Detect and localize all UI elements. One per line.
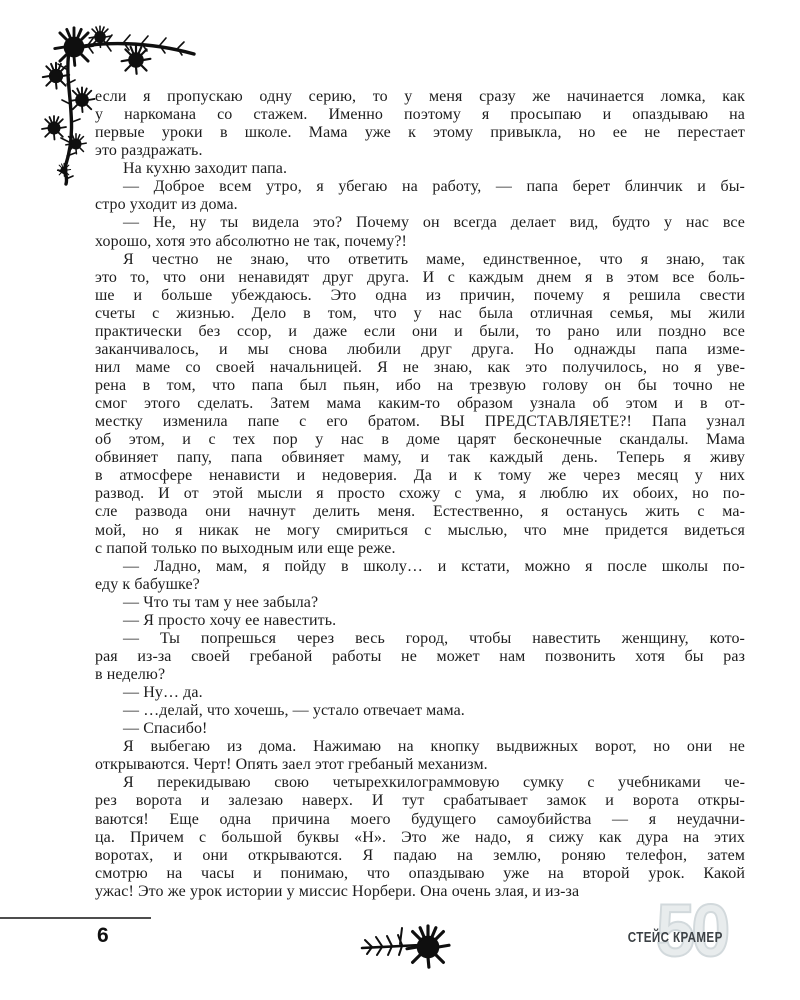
text-line: рая из-за своей гребаной работы не может… [95,648,745,666]
text-line: развод. И от этой мысли я просто схожу с… [95,485,745,503]
text-line: обвиняет папу, папа обвиняет маму, и так… [95,449,745,467]
text-line: — Не, ну ты видела это? Почему он всегда… [95,214,745,232]
text-line: местку изменила папе с его братом. ВЫ ПР… [95,413,745,431]
text-line: с папой только по выходным или еще реже. [95,540,745,558]
text-line: это то, что они ненавидят друг друга. И … [95,269,745,287]
text-line: практически без ссор, и даже если они и … [95,323,745,341]
text-line: в неделю? [95,666,745,684]
text-line: — Ладно, мам, я пойду в школу… и кстати,… [95,558,745,576]
text-line: стро уходит из дома. [95,196,745,214]
text-line: — Что ты там у нее забыла? [95,594,745,612]
text-line: воротах, и они открываются. Я падаю на з… [95,847,745,865]
thistle-sprig-icon [360,922,452,970]
text-line: — Ну… да. [95,684,745,702]
text-line: — Доброе всем утро, я убегаю на работу, … [95,178,745,196]
text-line: — Спасибо! [95,720,745,738]
page-number-rule [0,917,151,919]
page-number: 6 [97,924,109,948]
text-line: сле развода они начнут делить меня. Есте… [95,503,745,521]
text-line: — …делай, что хочешь, — устало отвечает … [95,702,745,720]
text-line: ца. Причем с большой буквы «Н». Это же н… [95,829,745,847]
text-line: Я честно не знаю, что ответить маме, еди… [95,251,745,269]
text-line: смотрю на часы и понимаю, что опаздываю … [95,865,745,883]
text-line: смог этого сделать. Затем мама каким-то … [95,395,745,413]
text-line: ваются! Еще одна причина моего будущего … [95,811,745,829]
text-line: если я пропускаю одну серию, то у меня с… [95,88,745,106]
text-line: хорошо, хотя это абсолютно не так, почем… [95,233,745,251]
text-line: еду к бабушке? [95,576,745,594]
page-text: если я пропускаю одну серию, то у меня с… [95,88,745,901]
text-line: нил маме со своей начальницей. Я не знаю… [95,359,745,377]
text-line: первые уроки в школе. Мама уже к этому п… [95,124,745,142]
text-line: у наркомана со стажем. Именно поэтому я … [95,106,745,124]
text-line: Я перекидываю свою четырехкилограммовую … [95,774,745,792]
text-line: рез ворота и залезаю наверх. И тут сраба… [95,792,745,810]
text-line: это раздражать. [95,142,745,160]
text-line: открываются. Черт! Опять заел этот греба… [95,756,745,774]
text-line: об этом, и с тех пор у нас в доме царят … [95,431,745,449]
author-name: СТЕЙС КРАМЕР [628,930,723,946]
text-line: рена в том, что папа был пьян, ибо на тр… [95,377,745,395]
text-line: — Я просто хочу ее навестить. [95,612,745,630]
text-line: ужас! Это же урок истории у миссис Норбе… [95,883,745,901]
text-line: — Ты попрешься через весь город, чтобы н… [95,630,745,648]
text-line: ше и больше убеждаюсь. Это одна из причи… [95,287,745,305]
text-line: мой, но я никак не могу смириться с мысл… [95,522,745,540]
text-line: На кухню заходит папа. [95,160,745,178]
text-line: в атмосфере ненависти и недоверия. Да и … [95,467,745,485]
text-line: счеты с жизнью. Дело в том, что у нас бы… [95,305,745,323]
text-line: заканчивалось, и мы снова любили друг др… [95,341,745,359]
text-line: Я выбегаю из дома. Нажимаю на кнопку выд… [95,738,745,756]
